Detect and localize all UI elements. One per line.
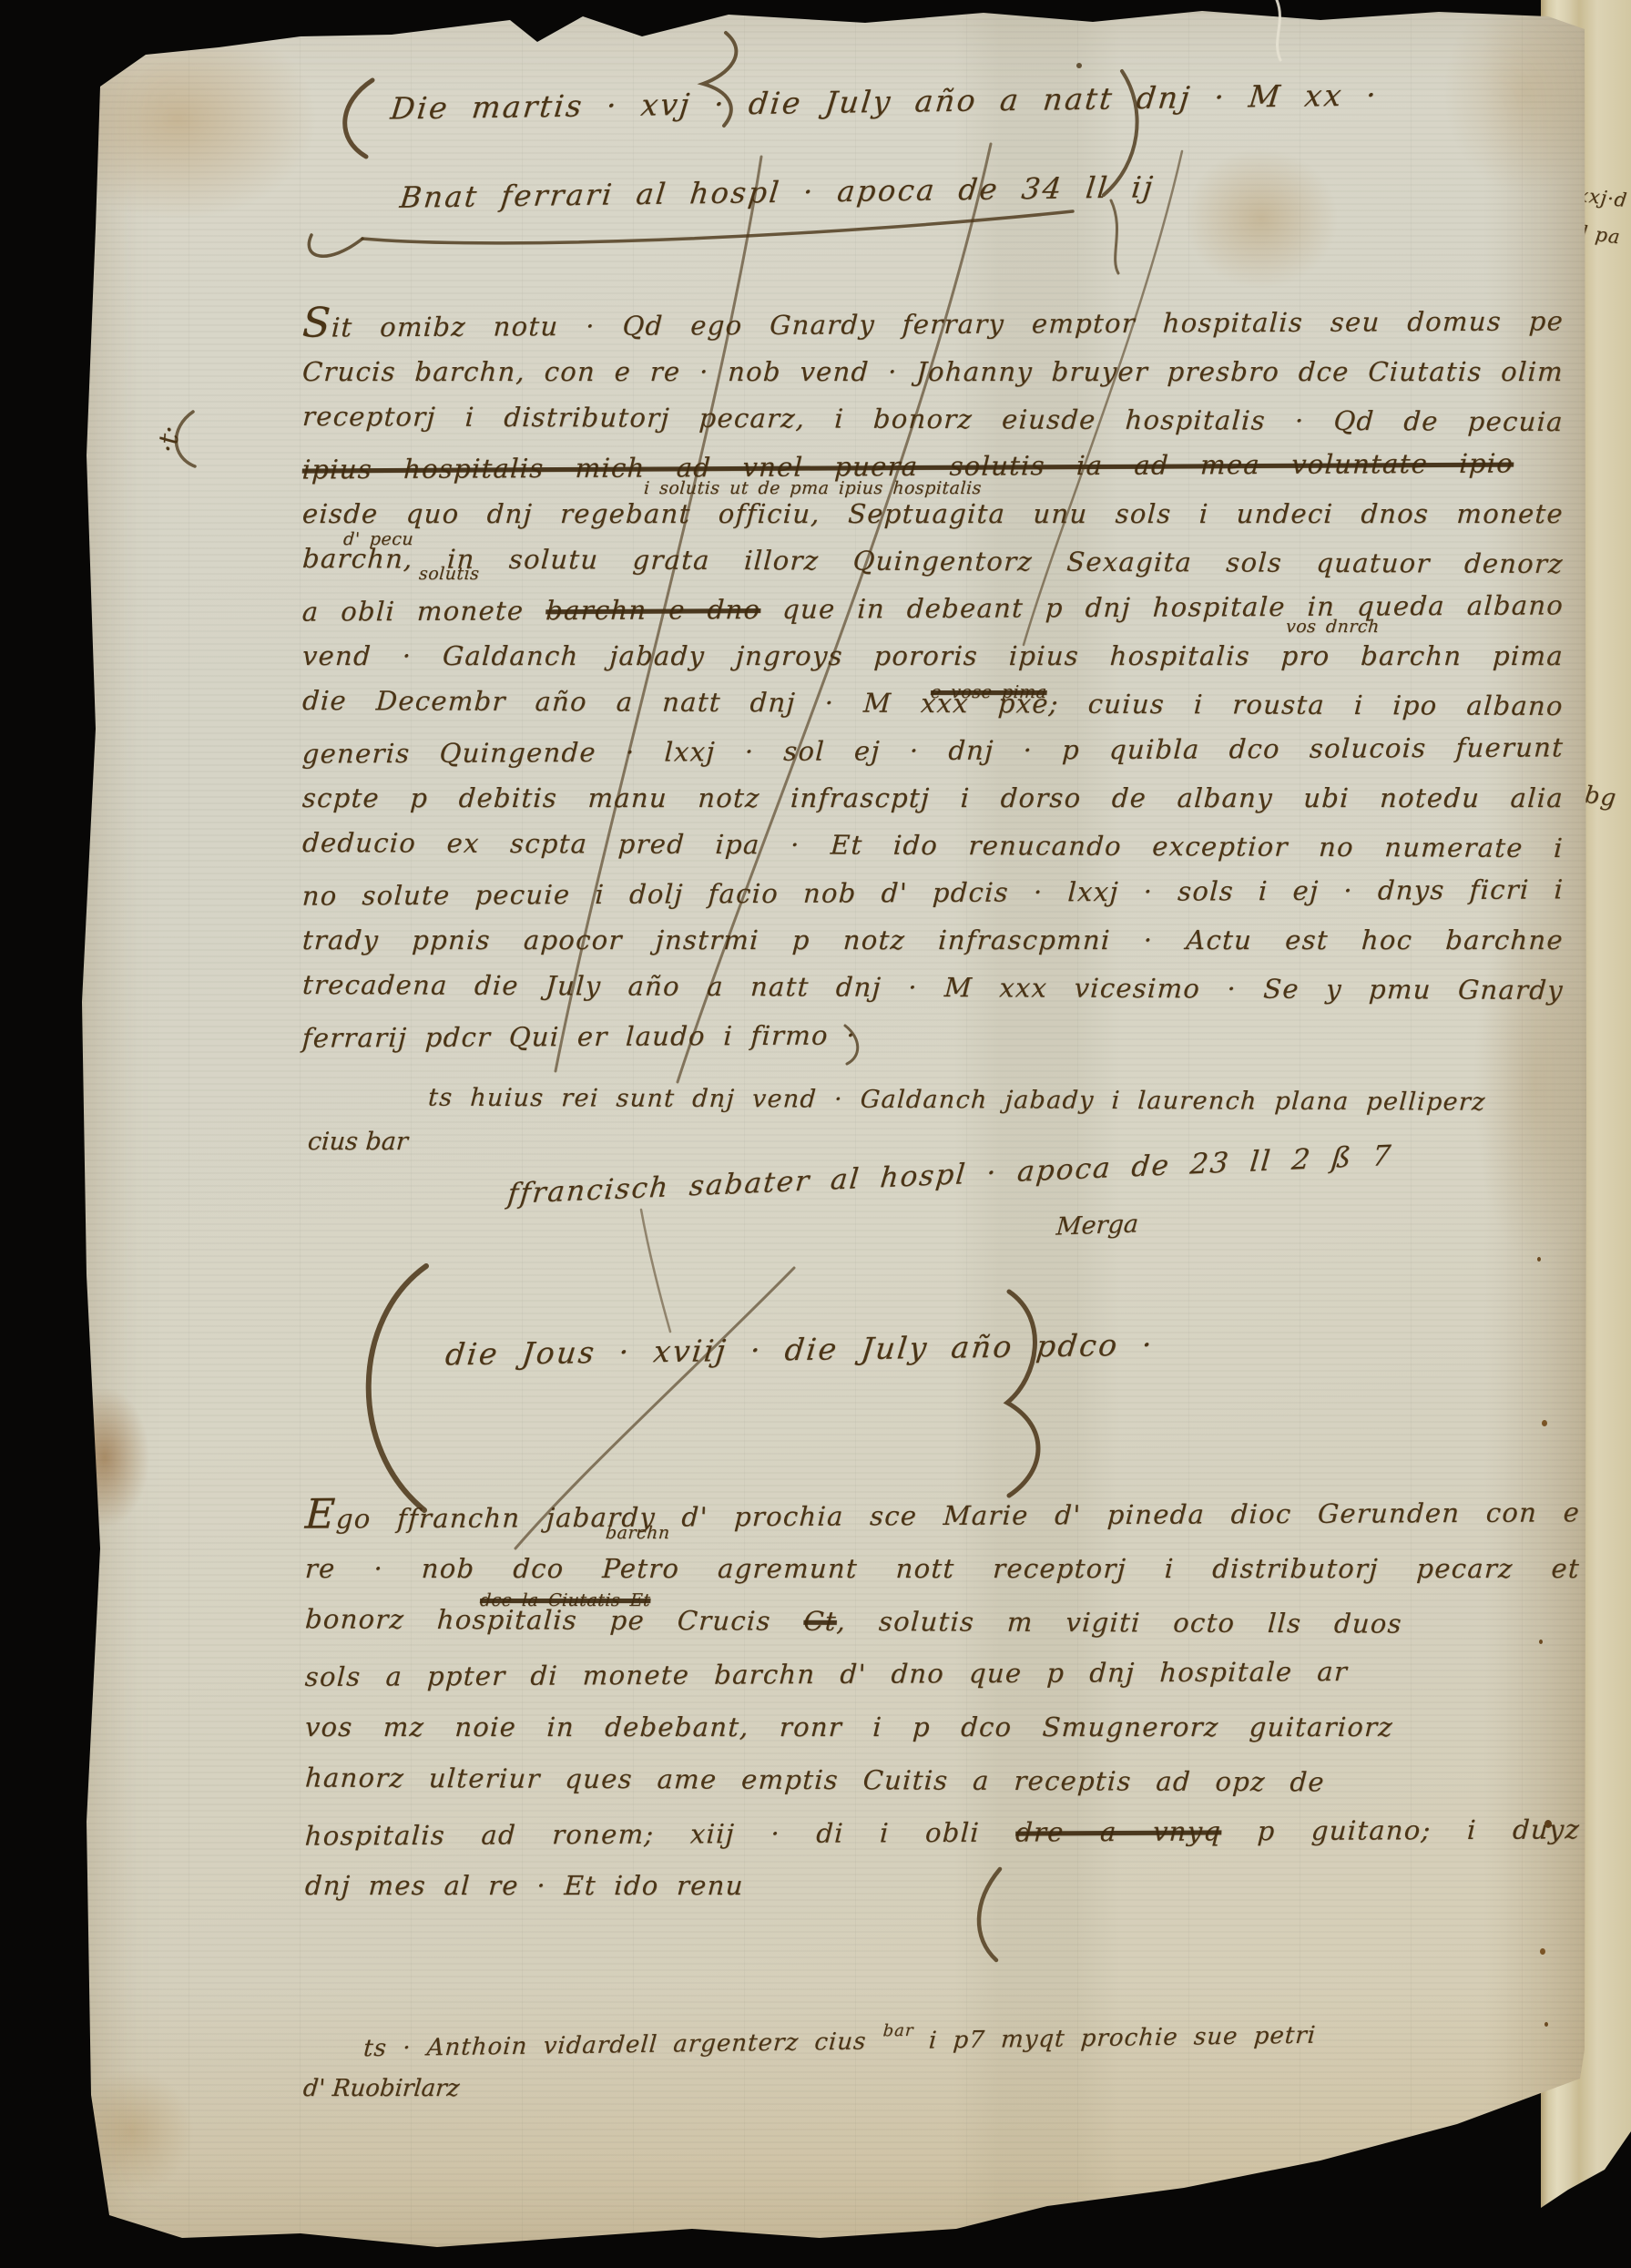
- ink-drips: [1537, 1257, 1541, 1262]
- interlinear-insertion: barchn: [605, 1524, 670, 1542]
- entry1-date-heading: Die martis · xvj · die July año a natt d…: [389, 77, 1380, 126]
- line-segment: hospitalis ad ronem; xiij · di i obli: [304, 1817, 1016, 1852]
- manuscript-line: Sit omibz notu · Qd ego Gnardy ferrary e…: [301, 297, 1565, 351]
- notary-signature: Merga: [1055, 1210, 1139, 1241]
- manuscript-line: receptorj i distributorj pecarz, i bonor…: [301, 393, 1565, 445]
- interlinear-insertion-cancelled: dce la Ciutatis Et: [479, 1591, 651, 1609]
- entry1-paragraph: Sit omibz notu · Qd ego Gnardy ferrary e…: [302, 301, 1564, 1058]
- cancelled-words: Ct: [802, 1606, 837, 1637]
- marginal-mark: ·t·: [152, 424, 185, 454]
- line-segment: , solutis m vigiti octo lls duos: [836, 1606, 1403, 1640]
- apoca-note: ffrancisch sabater al hospl · apoca de 2…: [506, 1139, 1394, 1211]
- manuscript-line: hanorz ulteriur ques ame emptis Cuitis a…: [303, 1752, 1326, 1809]
- footer-witness-note-line2: d' Ruobirlarz: [302, 2075, 461, 2102]
- line-segment: que in debeant p dnj hospitale in queda …: [760, 589, 1565, 625]
- manuscript-line: bonorz hospitalis pe Crucis Ct, solutis …: [303, 1592, 1403, 1650]
- cancelled-words: barchn e dno: [545, 594, 762, 626]
- manuscript-line: vos mz noie in debebant, ronr i p dco Sm…: [303, 1701, 1394, 1753]
- manuscript-line: Crucis barchn, con e re · nob vend · Joh…: [301, 348, 1565, 395]
- witness-note: ts huius rei sunt dnj vend · Galdanch ja…: [427, 1075, 1404, 1127]
- manuscript-page: Die martis · xvj · die July año a natt d…: [77, 9, 1589, 2252]
- entry2-paragraph: Ego ffranchn jabardy d' prochia sce Mari…: [305, 1489, 1580, 1912]
- manuscript-line: sols a ppter di monete barchn d' dno que…: [303, 1645, 1349, 1703]
- manuscript-line: scpte p debitis manu notz infrascptj i d…: [301, 774, 1565, 822]
- interlinear-insertion: i solutis ut de pma ipius hospitalis: [643, 479, 982, 497]
- line-segment: p guitano; i duyz: [1221, 1813, 1581, 1846]
- manuscript-line: hospitalis ad ronem; xiij · di i obli dr…: [303, 1803, 1581, 1862]
- manuscript-line: trecadena die July año a natt dnj · M xx…: [301, 961, 1565, 1014]
- interlinear-insertion: d' pecu: [342, 530, 414, 548]
- manuscript-line: trady ppnis apocor jnstrmi p notz infras…: [301, 916, 1565, 964]
- manuscript-line: barchn, in solutu grata illorz Quingento…: [301, 535, 1565, 587]
- interlinear-insertion: solutis: [418, 565, 480, 583]
- manuscript-line: vend · Galdanch jabady jngroys pororis i…: [301, 632, 1565, 679]
- entry2-date-heading: die Jous · xviij · die July año pdco ·: [443, 1327, 1156, 1373]
- folio-text-fragment: bg: [1583, 782, 1618, 812]
- entry1-title-line: Bnat ferrari al hospl · apoca de 34 ll i…: [398, 169, 1157, 215]
- line-segment: a obli monete: [301, 595, 546, 627]
- manuscript-line: Ego ffranchn jabardy d' prochia sce Mari…: [303, 1486, 1581, 1545]
- interlinear-insertion: vos dnrch: [1285, 618, 1380, 636]
- manuscript-line: dnj mes al re · Et ido renu: [303, 1859, 907, 1912]
- line-segment: i p7 myqt prochie sue petri: [912, 2022, 1318, 2055]
- line-segment: ts · Anthoin vidardell argenterz cius: [362, 2028, 883, 2062]
- manuscript-line: generis Quingende · lxxj · sol ej · dnj …: [301, 723, 1565, 777]
- superscript-word: bar: [882, 2021, 914, 2040]
- manuscript-line: re · nob dco Petro agremunt nott recepto…: [303, 1542, 1581, 1595]
- footer-witness-note: ts · Anthoin vidardell argenterz cius ba…: [362, 2016, 1318, 2063]
- cancelled-words: dre a vnyq: [1014, 1815, 1222, 1847]
- interlinear-insertion-cancelled: e vose pima: [930, 683, 1047, 701]
- photograph-backdrop: { "colors": { "ink": "#4a3416", "paper":…: [0, 0, 1631, 2268]
- manuscript-line: ferrarij pdcr Qui er laudo i firmo ·: [301, 1007, 1565, 1061]
- witness-note: cius bar: [307, 1128, 409, 1156]
- manuscript-line: deducio ex scpta pred ipa · Et ido renuc…: [301, 819, 1565, 872]
- manuscript-line: no solute pecuie i dolj facio nob d' pdc…: [301, 865, 1565, 919]
